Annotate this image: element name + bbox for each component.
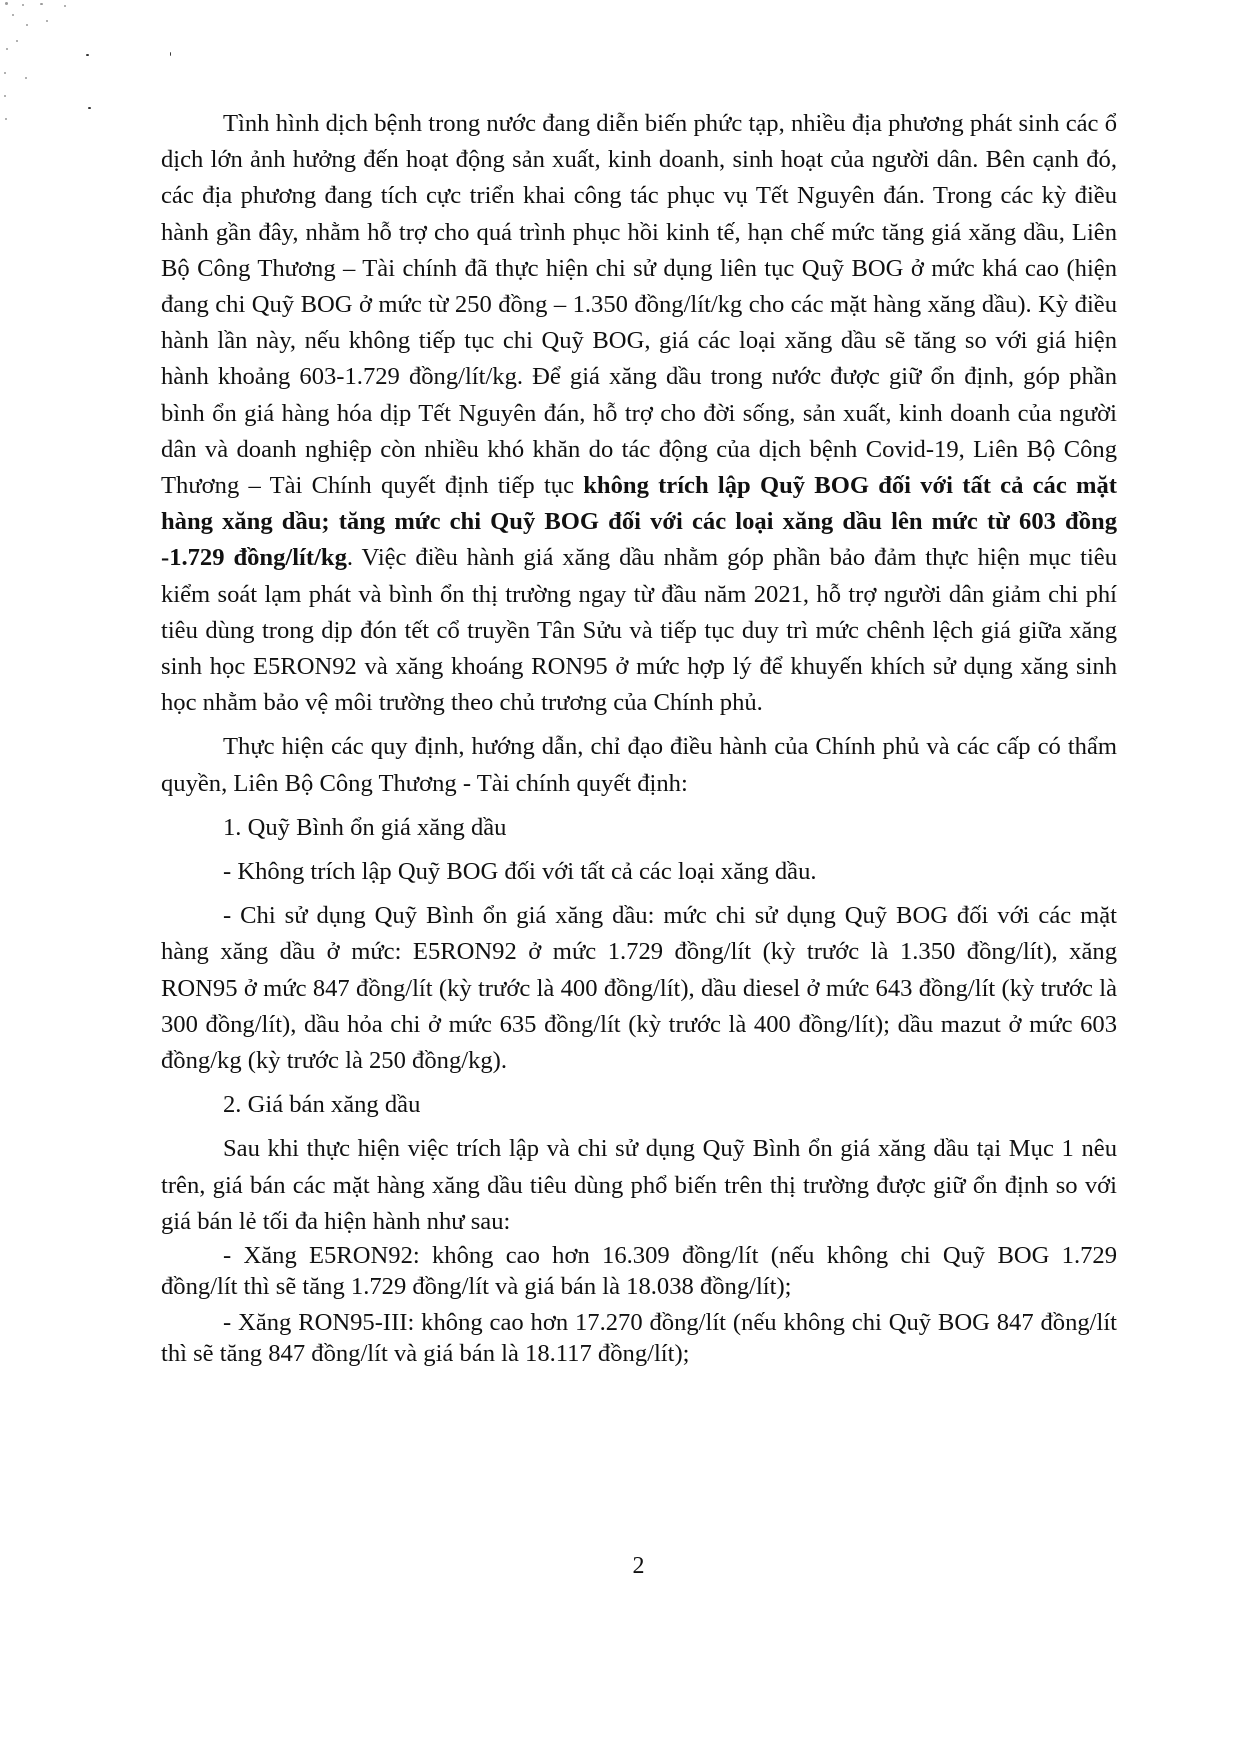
scan-noise [4,95,6,97]
page-number: 2 [0,1553,1247,1580]
scan-noise [16,40,18,42]
scan-noise [6,48,8,50]
list-item: - Không trích lập Quỹ BOG đối với tất cả… [161,854,1117,890]
scan-noise [5,2,8,5]
scan-noise [40,3,43,5]
paragraph-text: Tình hình dịch bệnh trong nước đang diễn… [161,110,1117,499]
scan-noise [86,54,89,56]
scan-noise [170,52,171,56]
scanned-page: Tình hình dịch bệnh trong nước đang diễn… [0,0,1247,1752]
scan-noise [25,77,27,79]
scan-noise [26,24,28,26]
paragraph-prices-intro: Sau khi thực hiện việc trích lập và chi … [161,1131,1117,1240]
scan-noise [46,20,48,22]
scan-noise [22,4,24,6]
scan-noise [12,14,14,16]
scan-noise [88,107,91,109]
paragraph-decision-intro: Thực hiện các quy định, hướng dẫn, chỉ đ… [161,729,1117,801]
list-item: - Xăng E5RON92: không cao hơn 16.309 đồn… [161,1240,1117,1302]
list-item: - Chi sử dụng Quỹ Bình ổn giá xăng dầu: … [161,898,1117,1079]
scan-noise [5,118,7,120]
document-body: Tình hình dịch bệnh trong nước đang diễn… [161,106,1117,1369]
list-item: - Xăng RON95-III: không cao hơn 17.270 đ… [161,1307,1117,1369]
section-heading-1: 1. Quỹ Bình ổn giá xăng dầu [161,810,1117,846]
section-heading-2: 2. Giá bán xăng dầu [161,1087,1117,1123]
scan-noise [4,72,6,74]
scan-noise [64,5,66,7]
paragraph-intro: Tình hình dịch bệnh trong nước đang diễn… [161,106,1117,721]
